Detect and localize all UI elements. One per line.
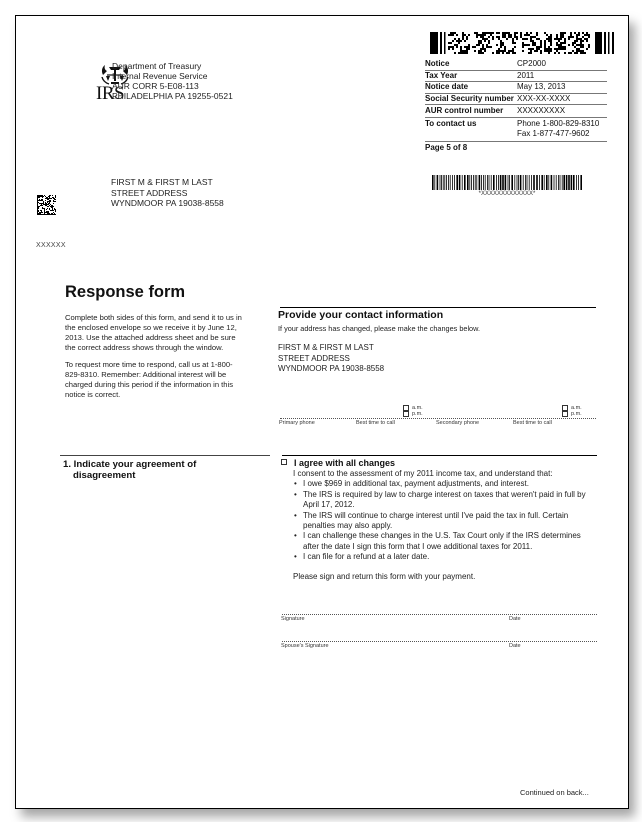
pm-label: p.m. [412, 411, 423, 417]
intro-paragraph: To request more time to respond, call us… [65, 360, 243, 400]
info-row-ssn: Social Security number XXX-XX-XXXX [425, 94, 607, 106]
barcode-caption: *XXXXXXXXXXXXX* [432, 191, 582, 197]
info-label: Tax Year [425, 71, 517, 82]
page-number: Page 5 of 8 [425, 142, 607, 154]
section-divider [60, 455, 270, 456]
signature-line [282, 614, 597, 615]
info-row-contact: To contact us Phone 1-800-829-8310 Fax 1… [425, 118, 607, 142]
divider [280, 307, 596, 308]
agree-terms: I consent to the assessment of my 2011 i… [293, 469, 598, 582]
date-field[interactable]: Date [509, 616, 521, 622]
page-title: Response form [65, 283, 185, 302]
spouse-signature-line [282, 641, 597, 642]
info-value: 2011 [517, 71, 607, 82]
section-title-line: disagreement [63, 470, 263, 481]
sender-line: Internal Revenue Service [112, 71, 233, 81]
agree-divider [282, 455, 597, 456]
sender-address: Department of Treasury Internal Revenue … [112, 61, 233, 101]
sign-instruction: Please sign and return this form with yo… [293, 572, 598, 582]
info-label: Notice [425, 59, 517, 70]
info-row-notice-date: Notice date May 13, 2013 [425, 82, 607, 94]
page-number-text: Page 5 of 8 [425, 142, 517, 154]
linear-barcode [432, 175, 582, 190]
contact-address[interactable]: FIRST M & FIRST M LAST STREET ADDRESS WY… [278, 343, 384, 375]
sender-line: AUR CORR 5-E08-113 [112, 81, 233, 91]
list-item: I owe $969 in additional tax, payment ad… [293, 479, 598, 489]
info-label: Notice date [425, 82, 517, 93]
contact-address-line: WYNDMOOR PA 19038-8558 [278, 364, 384, 375]
list-item: The IRS is required by law to charge int… [293, 490, 598, 511]
recipient-line: FIRST M & FIRST M LAST [111, 177, 224, 188]
contact-address-line: STREET ADDRESS [278, 354, 384, 365]
terms-list: I owe $969 in additional tax, payment ad… [293, 479, 598, 562]
sender-line: Department of Treasury [112, 61, 233, 71]
consent-text: I consent to the assessment of my 2011 i… [293, 469, 598, 479]
agree-checkbox[interactable] [281, 459, 287, 465]
best-time-2-field[interactable]: Best time to call [513, 420, 552, 426]
list-item: I can file for a refund at a later date. [293, 552, 598, 562]
notice-info-table: Notice CP2000 Tax Year 2011 Notice date … [425, 59, 607, 154]
secondary-phone-field[interactable]: Secondary phone [436, 420, 479, 426]
continued-note: Continued on back... [520, 788, 589, 797]
best-time-1-options: a.m. p.m. [403, 405, 423, 417]
info-label: To contact us [425, 119, 517, 141]
recipient-line: WYNDMOOR PA 19038-8558 [111, 198, 224, 209]
primary-phone-field[interactable]: Primary phone [279, 420, 315, 426]
top-barcode [430, 32, 615, 54]
intro-paragraph: Complete both sides of this form, and se… [65, 313, 243, 353]
response-intro: Complete both sides of this form, and se… [65, 313, 243, 407]
info-value: XXX-XX-XXXX [517, 94, 607, 105]
info-row-notice: Notice CP2000 [425, 59, 607, 71]
contact-phone: Phone 1-800-829-8310 [517, 119, 607, 129]
list-item: I can challenge these changes in the U.S… [293, 531, 598, 552]
contact-address-line: FIRST M & FIRST M LAST [278, 343, 384, 354]
recipient-address: FIRST M & FIRST M LAST STREET ADDRESS WY… [111, 177, 224, 209]
info-row-tax-year: Tax Year 2011 [425, 71, 607, 83]
pm-checkbox[interactable] [562, 411, 568, 417]
phone-fields-line [280, 418, 596, 419]
signature-field[interactable]: Signature [281, 616, 305, 622]
info-value: May 13, 2013 [517, 82, 607, 93]
info-value: CP2000 [517, 59, 607, 70]
contact-fax: Fax 1-877-477-9602 [517, 129, 607, 139]
agree-option-label: I agree with all changes [294, 458, 395, 468]
pm-label: p.m. [571, 411, 582, 417]
section-1-title: 1. Indicate your agreement of disagreeme… [63, 459, 263, 481]
info-label: Social Security number [425, 94, 517, 105]
spouse-signature-field[interactable]: Spouse's Signature [281, 643, 329, 649]
sender-line: PHILADELPHIA PA 19255-0521 [112, 91, 233, 101]
best-time-1-field[interactable]: Best time to call [356, 420, 395, 426]
contact-heading: Provide your contact information [278, 309, 443, 321]
recipient-line: STREET ADDRESS [111, 188, 224, 199]
id-code: XXXXXX [36, 242, 66, 249]
datamatrix-code [37, 195, 56, 215]
list-item: The IRS will continue to charge interest… [293, 511, 598, 532]
section-title-line: 1. Indicate your agreement of [63, 459, 263, 470]
info-label: AUR control number [425, 105, 517, 117]
spouse-date-field[interactable]: Date [509, 643, 521, 649]
contact-values: Phone 1-800-829-8310 Fax 1-877-477-9602 [517, 119, 607, 141]
info-value: XXXXXXXXX [517, 105, 607, 117]
pm-checkbox[interactable] [403, 411, 409, 417]
best-time-2-options: a.m. p.m. [562, 405, 582, 417]
contact-subheading: If your address has changed, please make… [278, 324, 480, 333]
info-row-aur: AUR control number XXXXXXXXX [425, 105, 607, 118]
